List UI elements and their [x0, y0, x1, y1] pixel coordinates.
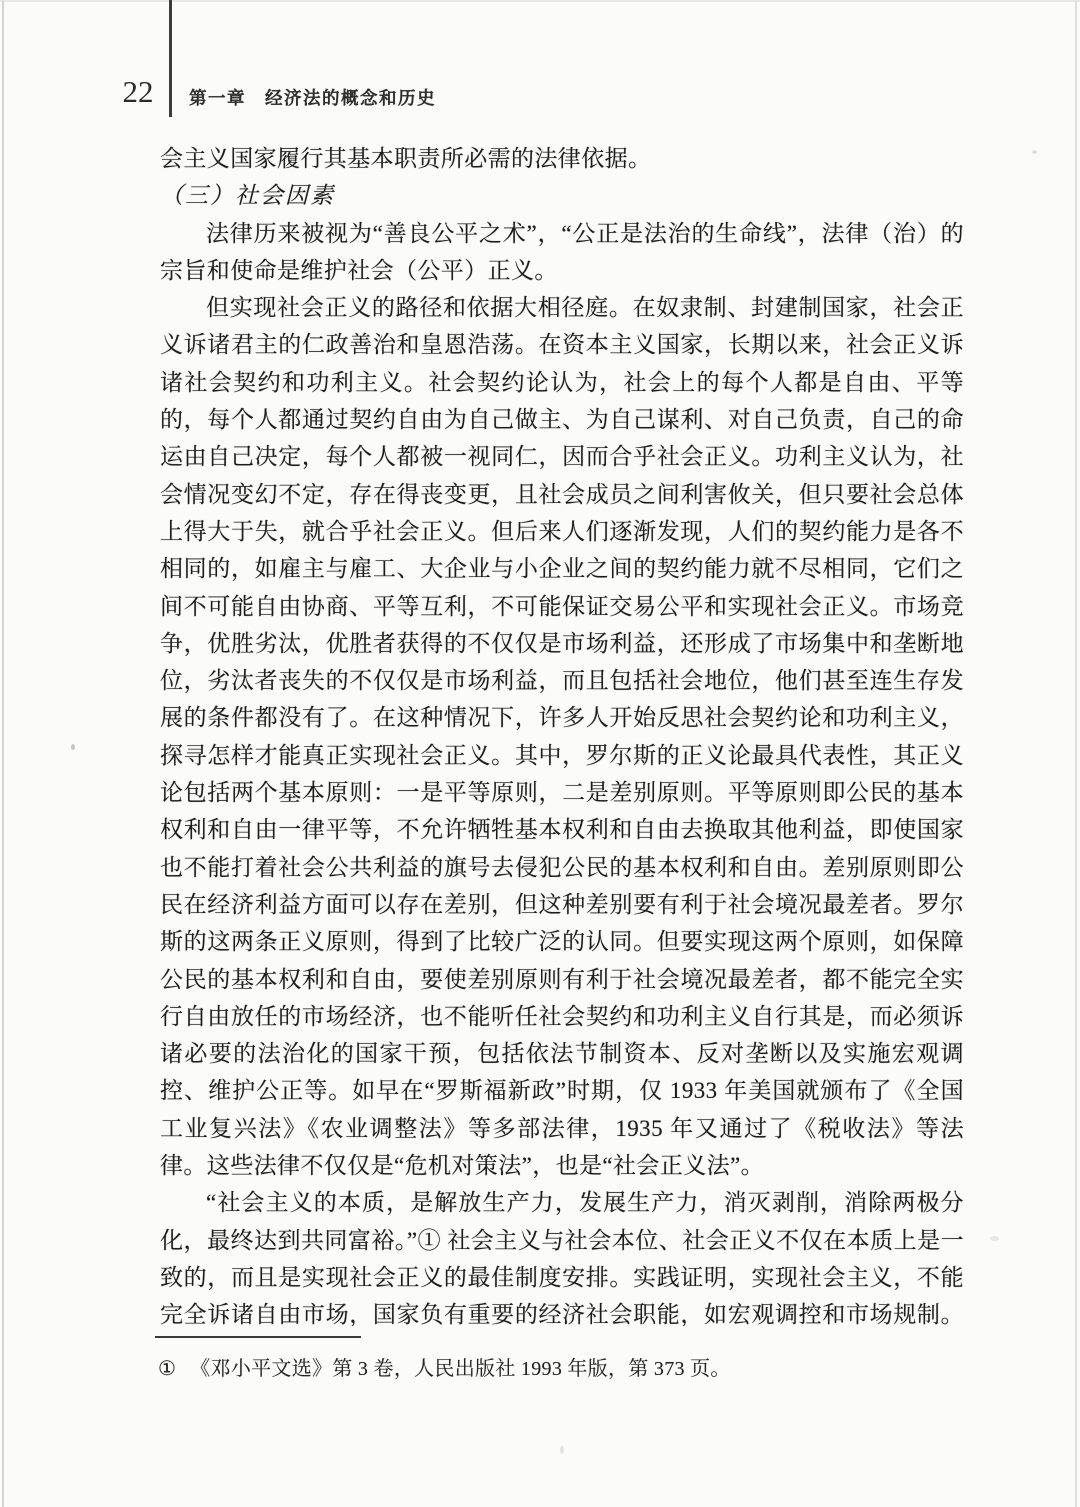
body-text-block: 会主义国家履行其基本职责所必需的法律依据。 （三）社会因素 法律历来被视为“善良… — [160, 140, 964, 1326]
paragraph: 但实现社会正义的路径和依据大相径庭。在奴隶制、封建制国家，社会正义诉诸君主的仁政… — [160, 289, 964, 1184]
footnote: ①《邓小平文选》第 3 卷，人民出版社 1993 年版，第 373 页。 — [158, 1354, 858, 1384]
scan-edge-top — [0, 0, 1080, 2]
section-heading: （三）社会因素 — [160, 177, 964, 214]
footnote-marker: ① — [158, 1358, 176, 1380]
scan-noise-speck — [990, 1236, 999, 1241]
chapter-running-head: 第一章 经济法的概念和历史 — [189, 85, 436, 110]
footnote-separator-rule — [155, 1336, 361, 1338]
footnote-text: 《邓小平文选》第 3 卷，人民出版社 1993 年版，第 373 页。 — [190, 1358, 731, 1380]
scan-noise-speck — [71, 744, 75, 750]
paragraph: “社会主义的本质，是解放生产力，发展生产力，消灭剥削，消除两极分化，最终达到共同… — [160, 1184, 964, 1326]
scan-noise-speck — [1032, 150, 1037, 154]
header-divider-rule — [169, 0, 172, 117]
scanned-book-page: { "header": { "page_number": "22", "chap… — [0, 0, 1080, 1507]
paragraph-continuation: 会主义国家履行其基本职责所必需的法律依据。 — [160, 140, 964, 177]
scan-edge-right — [1075, 0, 1077, 1507]
scan-noise-speck — [560, 1446, 564, 1454]
scan-edge-left — [2, 0, 4, 1507]
page-number: 22 — [112, 74, 164, 110]
paragraph: 法律历来被视为“善良公平之术”，“公正是法治的生命线”，法律（治）的宗旨和使命是… — [160, 215, 964, 290]
